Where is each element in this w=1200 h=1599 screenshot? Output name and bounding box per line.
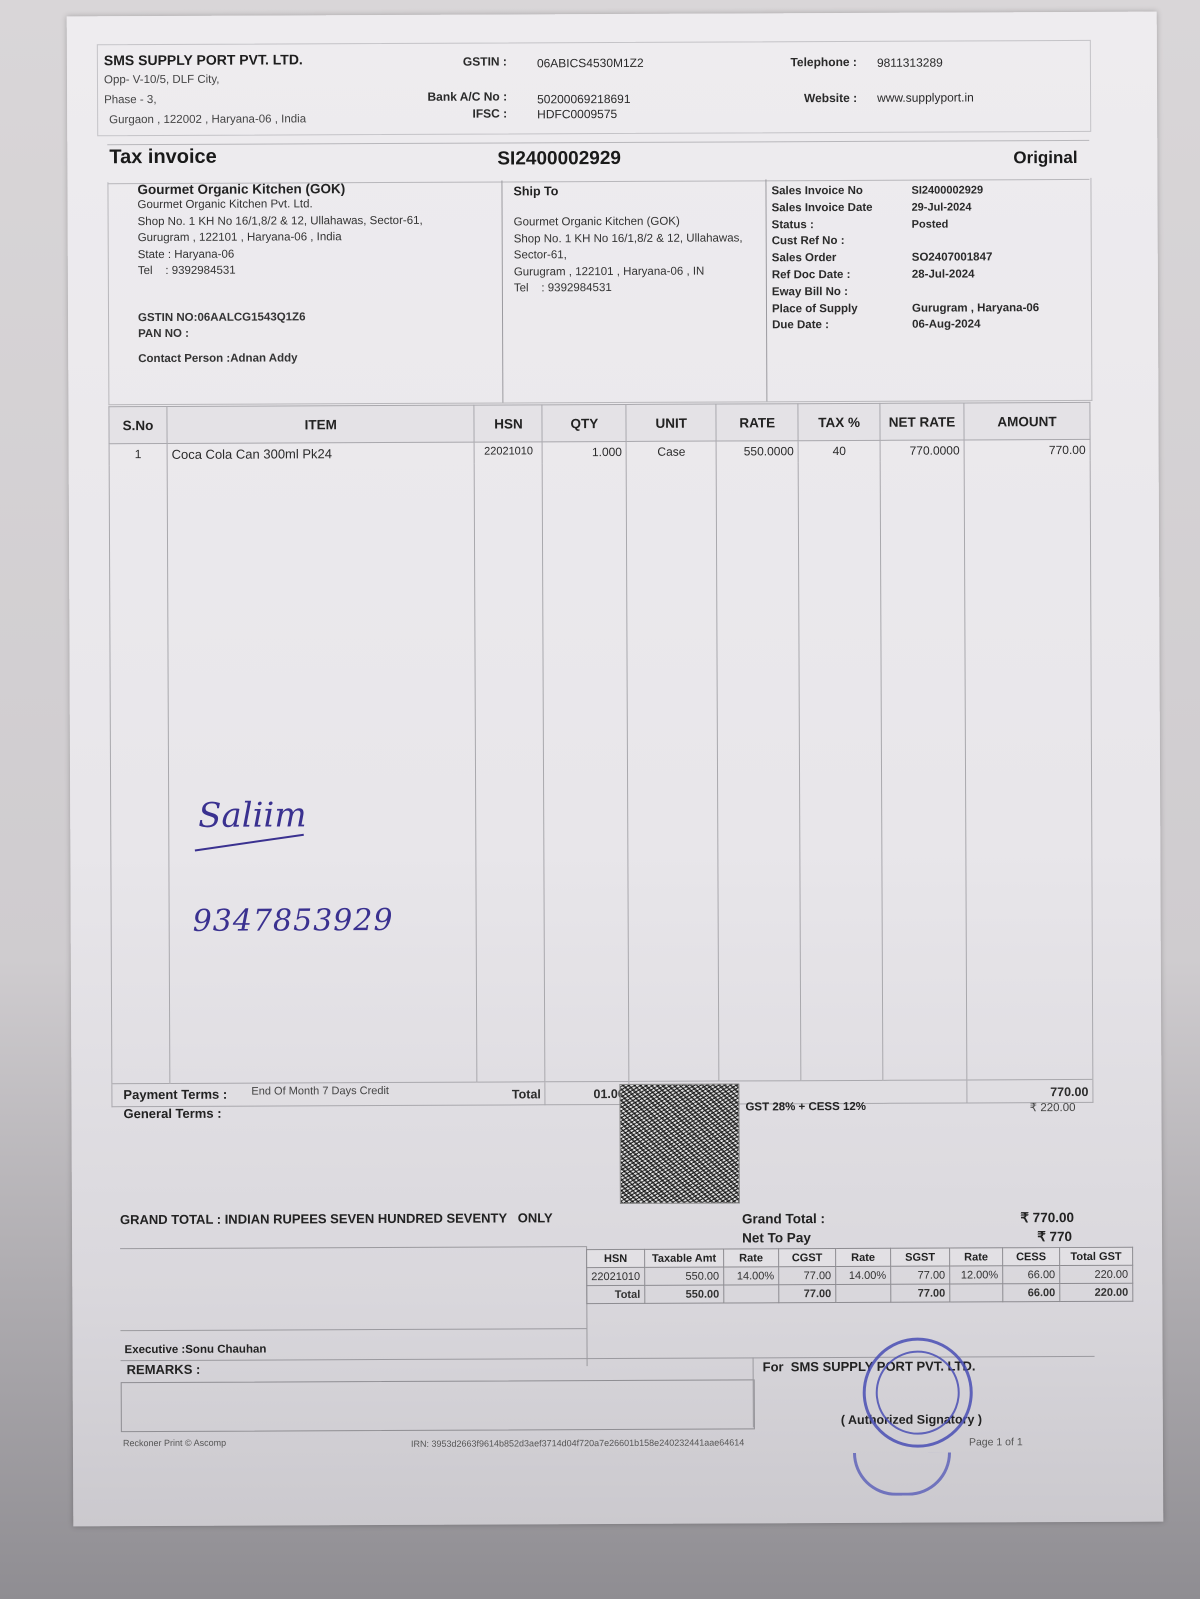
- bill-to-pan: PAN NO :: [138, 325, 498, 343]
- meta-label: Eway Bill No :: [772, 283, 912, 300]
- seller-address-line: Gurgaon , 122002 , Haryana-06 , India: [109, 113, 306, 126]
- bill-to-line: Gurugram , 122101 , Haryana-06 , India: [138, 229, 498, 247]
- gst-total-cell: 66.00: [1003, 1284, 1060, 1302]
- grand-total-words: GRAND TOTAL : INDIAN RUPEES SEVEN HUNDRE…: [120, 1210, 553, 1227]
- meta-label: Status :: [772, 216, 912, 233]
- telephone-label: Telephone :: [757, 55, 857, 69]
- gst-cell: 14.00%: [836, 1266, 891, 1284]
- bill-to: Gourmet Organic Kitchen (GOK) Gourmet Or…: [137, 181, 498, 368]
- invoice-number-heading: SI2400002929: [497, 148, 621, 171]
- payment-terms-label: Payment Terms :: [123, 1087, 227, 1102]
- gst-column-header: CESS: [1003, 1248, 1060, 1266]
- gst-total-row: Total550.0077.0077.0066.00220.00: [587, 1283, 1133, 1303]
- website-label: Website :: [757, 91, 857, 105]
- meta-value: SO2407001847: [912, 250, 993, 267]
- gst-column-header: HSN: [587, 1249, 645, 1267]
- bill-to-gstin: GSTIN NO:06AALCG1543Q1Z6: [138, 308, 498, 326]
- meta-row: Eway Bill No :: [772, 283, 1082, 301]
- meta-label: Due Date :: [772, 317, 912, 334]
- company-stamp-icon: [862, 1337, 972, 1447]
- software-credit: Reckoner Print © Ascomp: [123, 1438, 226, 1448]
- seller-gstin: 06ABICS4530M1Z2: [537, 56, 644, 70]
- seller-address-line: Opp- V-10/5, DLF City,: [104, 74, 220, 87]
- gst-cell: 14.00%: [724, 1267, 779, 1285]
- bill-to-line: Shop No. 1 KH No 16/1,8/2 & 12, Ullahawa…: [138, 212, 498, 230]
- irn-number: IRN: 3953d2663f9614b852d3aef3714d04f720a…: [411, 1437, 744, 1448]
- meta-value: 29-Jul-2024: [912, 199, 972, 216]
- meta-value: 06-Aug-2024: [912, 317, 980, 334]
- handwritten-name: Saliim: [198, 795, 307, 835]
- page-number: Page 1 of 1: [969, 1436, 1023, 1448]
- item-amount: 770.00: [964, 439, 1090, 461]
- bill-to-line: Tel : 9392984531: [138, 262, 498, 280]
- meta-row: Due Date :06-Aug-2024: [772, 316, 1082, 334]
- gstin-label: GSTIN :: [407, 54, 507, 68]
- company-stamp-icon: [853, 1453, 951, 1496]
- meta-value: 28-Jul-2024: [912, 266, 975, 283]
- meta-row: Sales Invoice NoSI2400002929: [771, 182, 1081, 200]
- ship-to-line: Sector-61,: [514, 246, 764, 264]
- bill-to-line: State : Haryana-06: [138, 245, 498, 263]
- gst-total-cell: 550.00: [645, 1285, 724, 1303]
- meta-label: Sales Invoice No: [771, 183, 911, 200]
- bank-account: 50200069218691: [537, 92, 630, 106]
- items-column-header: AMOUNT: [964, 402, 1090, 440]
- items-column-header: S.No: [109, 406, 167, 443]
- tax-line-value: ₹ 220.00: [1011, 1100, 1075, 1114]
- seller-name: SMS SUPPLY PORT PVT. LTD.: [104, 51, 303, 68]
- ship-to-line: Shop No. 1 KH No 16/1,8/2 & 12, Ullahawa…: [514, 230, 764, 248]
- items-column-header: TAX %: [798, 403, 880, 440]
- item-unit: Case: [626, 441, 716, 463]
- copy-type: Original: [1013, 148, 1077, 168]
- gst-cell: 77.00: [891, 1266, 950, 1284]
- invoice-paper: SMS SUPPLY PORT PVT. LTD. Opp- V-10/5, D…: [67, 12, 1164, 1527]
- gst-cell: 550.00: [645, 1267, 724, 1285]
- meta-value: Gurugram , Haryana-06: [912, 300, 1039, 317]
- gst-column-header: Taxable Amt: [645, 1249, 724, 1267]
- items-column-header: QTY: [542, 404, 626, 441]
- item-sno: 1: [109, 443, 167, 465]
- seller-website: www.supplyport.in: [877, 90, 974, 104]
- gst-total-cell: [836, 1284, 891, 1302]
- meta-row: Sales Invoice Date29-Jul-2024: [772, 199, 1082, 217]
- items-column-header: NET RATE: [880, 403, 964, 440]
- gst-row: 22021010550.0014.00%77.0014.00%77.0012.0…: [587, 1265, 1133, 1285]
- executive-name: Executive :Sonu Chauhan: [125, 1344, 267, 1357]
- tax-line-label: GST 28% + CESS 12%: [745, 1101, 866, 1114]
- gst-cell: 12.00%: [950, 1266, 1003, 1284]
- gst-cell: 22021010: [587, 1267, 645, 1285]
- net-to-pay-value: ₹ 770: [972, 1229, 1072, 1245]
- meta-label: Ref Doc Date :: [772, 267, 912, 284]
- items-column-header: UNIT: [626, 404, 716, 441]
- bank-label: Bank A/C No :: [367, 89, 507, 104]
- ifsc-code: HDFC0009575: [537, 107, 617, 121]
- meta-value: Posted: [912, 216, 949, 233]
- items-table: S.NoITEMHSNQTYUNITRATETAX %NET RATEAMOUN…: [108, 402, 1093, 1107]
- gst-column-header: SGST: [891, 1248, 950, 1266]
- bill-to-name: Gourmet Organic Kitchen (GOK): [137, 181, 497, 198]
- seller-telephone: 9811313289: [877, 56, 943, 70]
- items-column-header: RATE: [716, 404, 798, 441]
- gst-column-header: Rate: [836, 1248, 891, 1266]
- item-hsn: 22021010: [475, 442, 543, 464]
- remarks-box[interactable]: [121, 1379, 755, 1432]
- payment-terms-value: End Of Month 7 Days Credit: [251, 1085, 389, 1098]
- items-column-header: ITEM: [167, 405, 475, 443]
- gst-total-cell: 77.00: [779, 1285, 836, 1303]
- gst-cell: 77.00: [779, 1267, 836, 1285]
- item-net-rate: 770.0000: [880, 440, 964, 462]
- meta-row: Status :Posted: [772, 216, 1082, 234]
- net-to-pay-label: Net To Pay: [742, 1230, 811, 1245]
- terms-block: [117, 1078, 1094, 1210]
- seller-address-line: Phase - 3,: [104, 94, 156, 106]
- meta-label: Sales Invoice Date: [772, 199, 912, 216]
- ship-to: Ship To Gourmet Organic Kitchen (GOK) Sh…: [513, 183, 763, 297]
- item-item: Coca Cola Can 300ml Pk24: [167, 442, 475, 465]
- meta-label: Place of Supply: [772, 300, 912, 317]
- gst-column-header: Rate: [950, 1248, 1003, 1266]
- bill-to-line: Gourmet Organic Kitchen Pvt. Ltd.: [137, 196, 497, 214]
- meta-label: Cust Ref No :: [772, 233, 912, 250]
- remarks-label: REMARKS :: [127, 1362, 201, 1377]
- meta-row: Place of SupplyGurugram , Haryana-06: [772, 300, 1082, 318]
- document-title: Tax invoice: [109, 146, 217, 169]
- ship-to-line: Gourmet Organic Kitchen (GOK): [514, 213, 764, 231]
- meta-row: Ref Doc Date :28-Jul-2024: [772, 266, 1082, 284]
- ship-to-line: Gurugram , 122101 , Haryana-06 , IN: [514, 263, 764, 281]
- gst-column-header: Rate: [724, 1249, 779, 1267]
- grand-total-label: Grand Total :: [742, 1211, 825, 1226]
- meta-value: SI2400002929: [911, 182, 983, 199]
- item-qty: 1.000: [543, 441, 627, 463]
- ship-to-line: Tel : 9392984531: [514, 279, 764, 297]
- gst-summary-table: HSNTaxable AmtRateCGSTRateSGSTRateCESSTo…: [586, 1247, 1133, 1304]
- handwritten-phone: 9347853929: [193, 903, 394, 939]
- gst-total-cell: 220.00: [1060, 1283, 1133, 1301]
- gst-cell: 220.00: [1060, 1265, 1133, 1283]
- grand-total-value: ₹ 770.00: [972, 1210, 1074, 1226]
- ifsc-label: IFSC :: [407, 106, 507, 120]
- contact-person: Contact Person :Adnan Addy: [138, 349, 498, 367]
- gst-total-cell: [950, 1284, 1003, 1302]
- e-invoice-qr-code: [619, 1083, 740, 1204]
- items-column-header: HSN: [474, 405, 542, 442]
- meta-label: Sales Order: [772, 250, 912, 267]
- meta-row: Sales OrderSO2407001847: [772, 249, 1082, 267]
- ship-to-heading: Ship To: [513, 183, 763, 198]
- meta-row: Cust Ref No :: [772, 232, 1082, 250]
- gst-cell: 66.00: [1003, 1266, 1060, 1284]
- gst-total-cell: 77.00: [891, 1284, 950, 1302]
- item-tax: 40: [798, 440, 880, 462]
- gst-column-header: CGST: [779, 1249, 836, 1267]
- gst-column-header: Total GST: [1060, 1247, 1133, 1265]
- gst-total-cell: Total: [587, 1285, 645, 1303]
- invoice-meta: Sales Invoice NoSI2400002929Sales Invoic…: [771, 182, 1082, 335]
- general-terms-label: General Terms :: [123, 1106, 221, 1121]
- item-rate: 550.0000: [716, 441, 798, 463]
- gst-total-cell: [724, 1285, 779, 1303]
